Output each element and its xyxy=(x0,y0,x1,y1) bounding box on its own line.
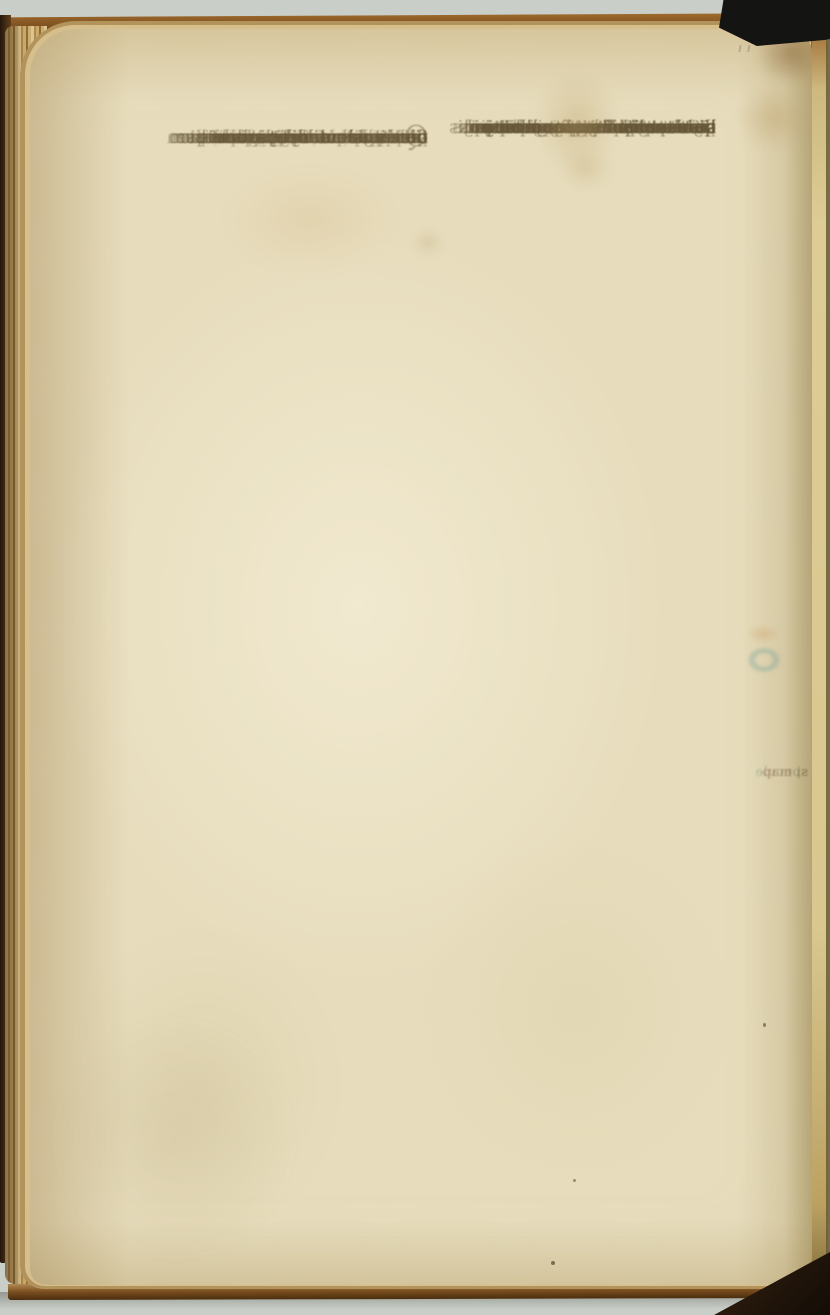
stain xyxy=(413,229,443,255)
parchment-page: filioli adhuc modicumuobiscum sum quaere… xyxy=(30,29,812,1285)
marginal-rubric-line: specule xyxy=(755,765,808,781)
stain xyxy=(558,147,614,191)
stain xyxy=(736,85,812,151)
ink-speck xyxy=(551,1261,555,1265)
fore-edge-shadow-line xyxy=(826,40,830,1255)
ink-speck xyxy=(763,1023,766,1027)
warm-tint xyxy=(180,139,440,299)
foliation-squiggle xyxy=(730,45,760,52)
ink-speck xyxy=(573,1179,576,1182)
showthrough-line: sem uobis quia uado pa xyxy=(196,123,428,155)
teal-initial-showthrough xyxy=(742,643,786,677)
manuscript-photo: filioli adhuc modicumuobiscum sum quaere… xyxy=(0,0,830,1315)
orange-smudge xyxy=(746,625,780,643)
parchment-mottling xyxy=(54,1019,294,1259)
